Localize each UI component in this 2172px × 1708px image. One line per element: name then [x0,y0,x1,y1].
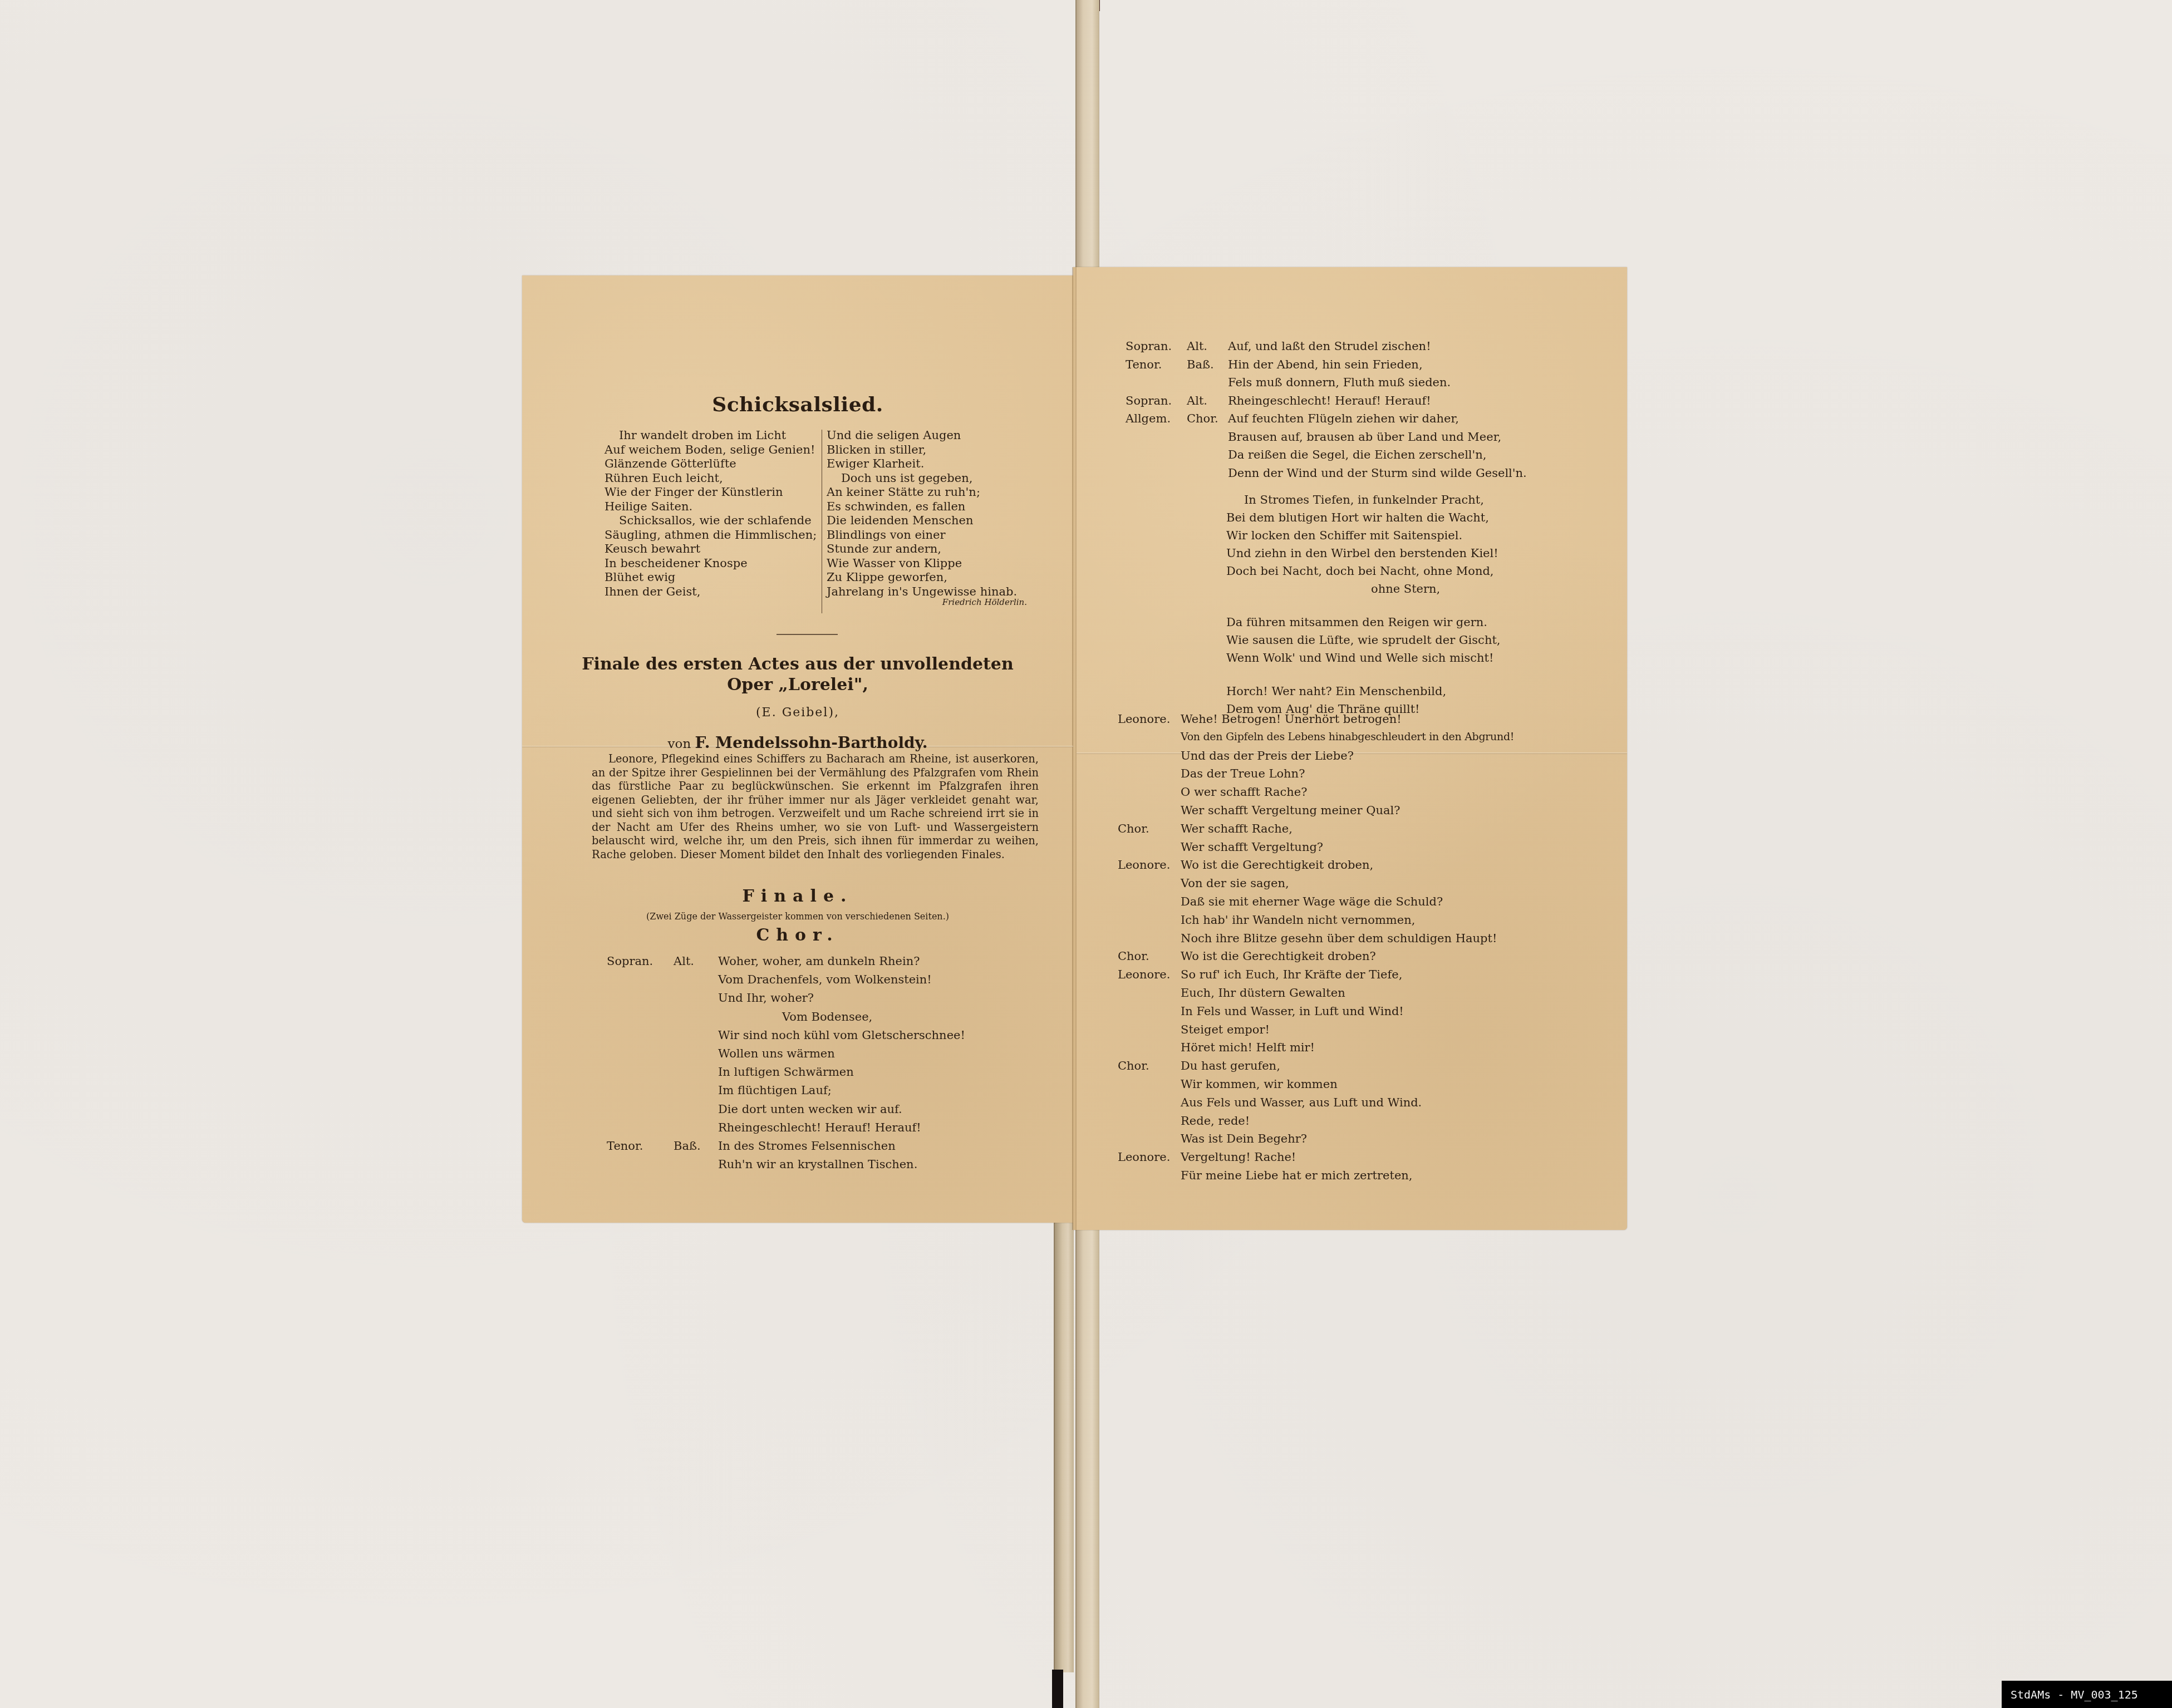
synopsis-paragraph: Leonore, Pflegekind eines Schiffers zu B… [592,752,1039,862]
speaker: Leonore. [1118,968,1170,981]
stanza-line: Wie sausen die Lüfte, wie sprudelt der G… [1226,631,1501,649]
speaker: Leonore. [1118,858,1170,872]
speaker: Alt. [1187,394,1207,407]
stage-direction: (Zwei Züge der Wassergeister kommen von … [522,911,1073,922]
speaker: Sopran. [1126,339,1172,353]
poem-line: Und die seligen Augen [827,429,1027,443]
line-text: Vergeltung! Rache! [1181,1150,1296,1164]
composer-prefix: von [668,737,691,751]
line-text: Wo ist die Gerechtigkeit droben, [1181,858,1373,872]
poem-line: Es schwinden, es fallen [827,500,1027,514]
stanza-line: In Stromes Tiefen, in funkelnder Pracht, [1226,491,1501,509]
poem-line: Ihr wandelt droben im Licht [605,429,822,443]
finale-heading: Finale des ersten Actes aus der unvollen… [522,654,1073,695]
stanza-line: Doch bei Nacht, doch bei Nacht, ohne Mon… [1226,562,1501,580]
line-text: Wehe! Betrogen! Unerhört betrogen! [1181,712,1402,726]
poem-line: Auf weichem Boden, selige Genien! [605,443,822,457]
speaker: Leonore. [1118,712,1170,726]
line-text: So ruf' ich Euch, Ihr Kräfte der Tiefe, [1181,968,1402,981]
poem-line: Heilige Saiten. [605,500,822,514]
line-text: Rheingeschlecht! Herauf! Herauf! [718,1121,921,1134]
line-text: Für meine Liebe hat er mich zertreten, [1181,1169,1413,1182]
finale-heading-line1: Finale des ersten Actes aus der unvollen… [522,654,1073,675]
poem-line: Stunde zur andern, [827,542,1027,557]
line-text: Auf feuchten Flügeln ziehen wir daher, [1228,412,1459,425]
line-text: Fels muß donnern, Fluth muß sieden. [1228,376,1451,389]
poem-line: An keiner Stätte zu ruh'n; [827,485,1027,500]
line-text: Vom Bodensee, [782,1010,872,1023]
line-text: Woher, woher, am dunkeln Rhein? [718,954,920,968]
section-divider [777,634,838,635]
archive-id-label: StdAMs - MV_003_125 [2002,1681,2172,1708]
speaker: Tenor. [1126,358,1162,371]
poem-column-right: Und die seligen Augen Blicken in stiller… [827,429,1027,599]
line-text: Und Ihr, woher? [718,991,814,1005]
librettist: (E. Geibel), [522,706,1073,720]
stanza-line: Horch! Wer naht? Ein Menschenbild, [1226,682,1501,700]
poem-line: Wie der Finger der Künstlerin [605,485,822,500]
stanza-line: Bei dem blutigen Hort wir halten die Wac… [1226,509,1501,526]
poem-line: Ihnen der Geist, [605,585,822,599]
line-text: In Fels und Wasser, in Luft und Wind! [1181,1005,1404,1018]
line-text: Ruh'n wir an krystallnen Tischen. [718,1158,917,1171]
poem-line: Die leidenden Menschen [827,514,1027,528]
speaker: Alt. [1187,339,1207,353]
composer-name: F. Mendelssohn-Bartholdy. [695,734,928,752]
stanza-line: Wir locken den Schiffer mit Saitenspiel. [1226,526,1501,544]
line-text: O wer schafft Rache? [1181,785,1307,799]
line-text: Wer schafft Vergeltung? [1181,840,1323,854]
speaker: Baß. [1187,358,1214,371]
speaker: Alt. [674,954,694,968]
line-text: Was ist Dein Begehr? [1181,1132,1307,1145]
speaker: Baß. [674,1139,701,1153]
poem-title: Schicksalslied. [522,393,1073,416]
chor-title: Chor. [522,926,1073,945]
line-text: Steiget empor! [1181,1023,1270,1036]
line-text: Das der Treue Lohn? [1181,767,1305,780]
line-text: Höret mich! Helft mir! [1181,1041,1315,1054]
speaker: Sopran. [607,954,653,968]
line-text: Euch, Ihr düstern Gewalten [1181,986,1345,1000]
line-text: Rheingeschlecht! Herauf! Herauf! [1228,394,1431,407]
binding-strip-lower [1054,1210,1074,1672]
speaker: Leonore. [1118,1150,1170,1164]
speaker: Chor. [1118,822,1149,835]
poem-line: Rühren Euch leicht, [605,471,822,486]
line-text: Daß sie mit eherner Wage wäge die Schuld… [1181,895,1443,908]
finale-title: Finale. [522,887,1073,906]
speaker: Sopran. [1126,394,1172,407]
line-text: Du hast gerufen, [1181,1059,1280,1072]
line-text: In luftigen Schwärmen [718,1065,854,1079]
poem-author: Friedrich Hölderlin. [874,597,1027,607]
poem-line: Säugling, athmen die Himmlischen; [605,528,822,543]
poem-line: Blühet ewig [605,570,822,585]
stanza-line: ohne Stern, [1226,580,1501,598]
poem-line: Blicken in stiller, [827,443,1027,457]
stanza-line: Wenn Wolk' und Wind und Welle sich misch… [1226,649,1501,667]
line-text: Auf, und laßt den Strudel zischen! [1228,339,1431,353]
line-text: Die dort unten wecken wir auf. [718,1102,902,1116]
line-text: Noch ihre Blitze gesehn über dem schuldi… [1181,932,1497,945]
speaker: Tenor. [607,1139,643,1153]
line-text: Hin der Abend, hin sein Frieden, [1228,358,1423,371]
composer-line: von F. Mendelssohn-Bartholdy. [522,734,1073,752]
chorus-stanzas: In Stromes Tiefen, in funkelnder Pracht,… [1226,491,1501,718]
poem-line: Glänzende Götterlüfte [605,457,822,471]
poem-column-left: Ihr wandelt droben im Licht Auf weichem … [605,429,822,599]
line-text: Wer schafft Rache, [1181,822,1293,835]
line-text: Und das der Preis der Liebe? [1181,749,1354,762]
poem-line: Ewiger Klarheit. [827,457,1027,471]
line-text: In des Stromes Felsennischen [718,1139,896,1153]
line-text: Wer schafft Vergeltung meiner Qual? [1181,804,1401,817]
line-text: Denn der Wind und der Sturm sind wilde G… [1228,466,1527,480]
stanza-line: Und ziehn in den Wirbel den berstenden K… [1226,544,1501,562]
line-text: Da reißen die Segel, die Eichen zerschel… [1228,448,1487,461]
speaker: Chor. [1118,949,1149,963]
poem-line: Keusch bewahrt [605,542,822,557]
poem-line: In bescheidener Knospe [605,557,822,571]
line-text: Rede, rede! [1181,1114,1250,1128]
poem-line: Wie Wasser von Klippe [827,557,1027,571]
line-text: Wir kommen, wir kommen [1181,1077,1338,1091]
finale-heading-line2: Oper „Lorelei", [522,675,1073,695]
poem-column-divider [822,430,822,613]
line-text: Wollen uns wärmen [718,1047,835,1060]
line-text: Wo ist die Gerechtigkeit droben? [1181,949,1376,963]
line-text: Vom Drachenfels, vom Wolkenstein! [718,973,932,986]
poem-line: Zu Klippe geworfen, [827,570,1027,585]
poem-line: Blindlings von einer [827,528,1027,543]
line-text: Von der sie sagen, [1181,877,1289,890]
line-text: Wir sind noch kühl vom Gletscherschnee! [718,1028,965,1042]
poem-line: Doch uns ist gegeben, [827,471,1027,486]
speaker: Chor. [1118,1059,1149,1072]
stanza-line: Da führen mitsammen den Reigen wir gern. [1226,613,1501,631]
binding-cap-bottom [1052,1670,1063,1708]
line-text: Im flüchtigen Lauf; [718,1084,832,1097]
line-text: Aus Fels und Wasser, aus Luft und Wind. [1181,1096,1422,1109]
line-text: Brausen auf, brausen ab über Land und Me… [1228,430,1501,444]
speaker: Chor. [1187,412,1218,425]
speaker: Allgem. [1126,412,1171,425]
line-text: Ich hab' ihr Wandeln nicht vernommen, [1181,913,1415,927]
poem-line: Schicksallos, wie der schlafende [605,514,822,528]
line-text: Von den Gipfeln des Lebens hinabgeschleu… [1181,731,1514,743]
